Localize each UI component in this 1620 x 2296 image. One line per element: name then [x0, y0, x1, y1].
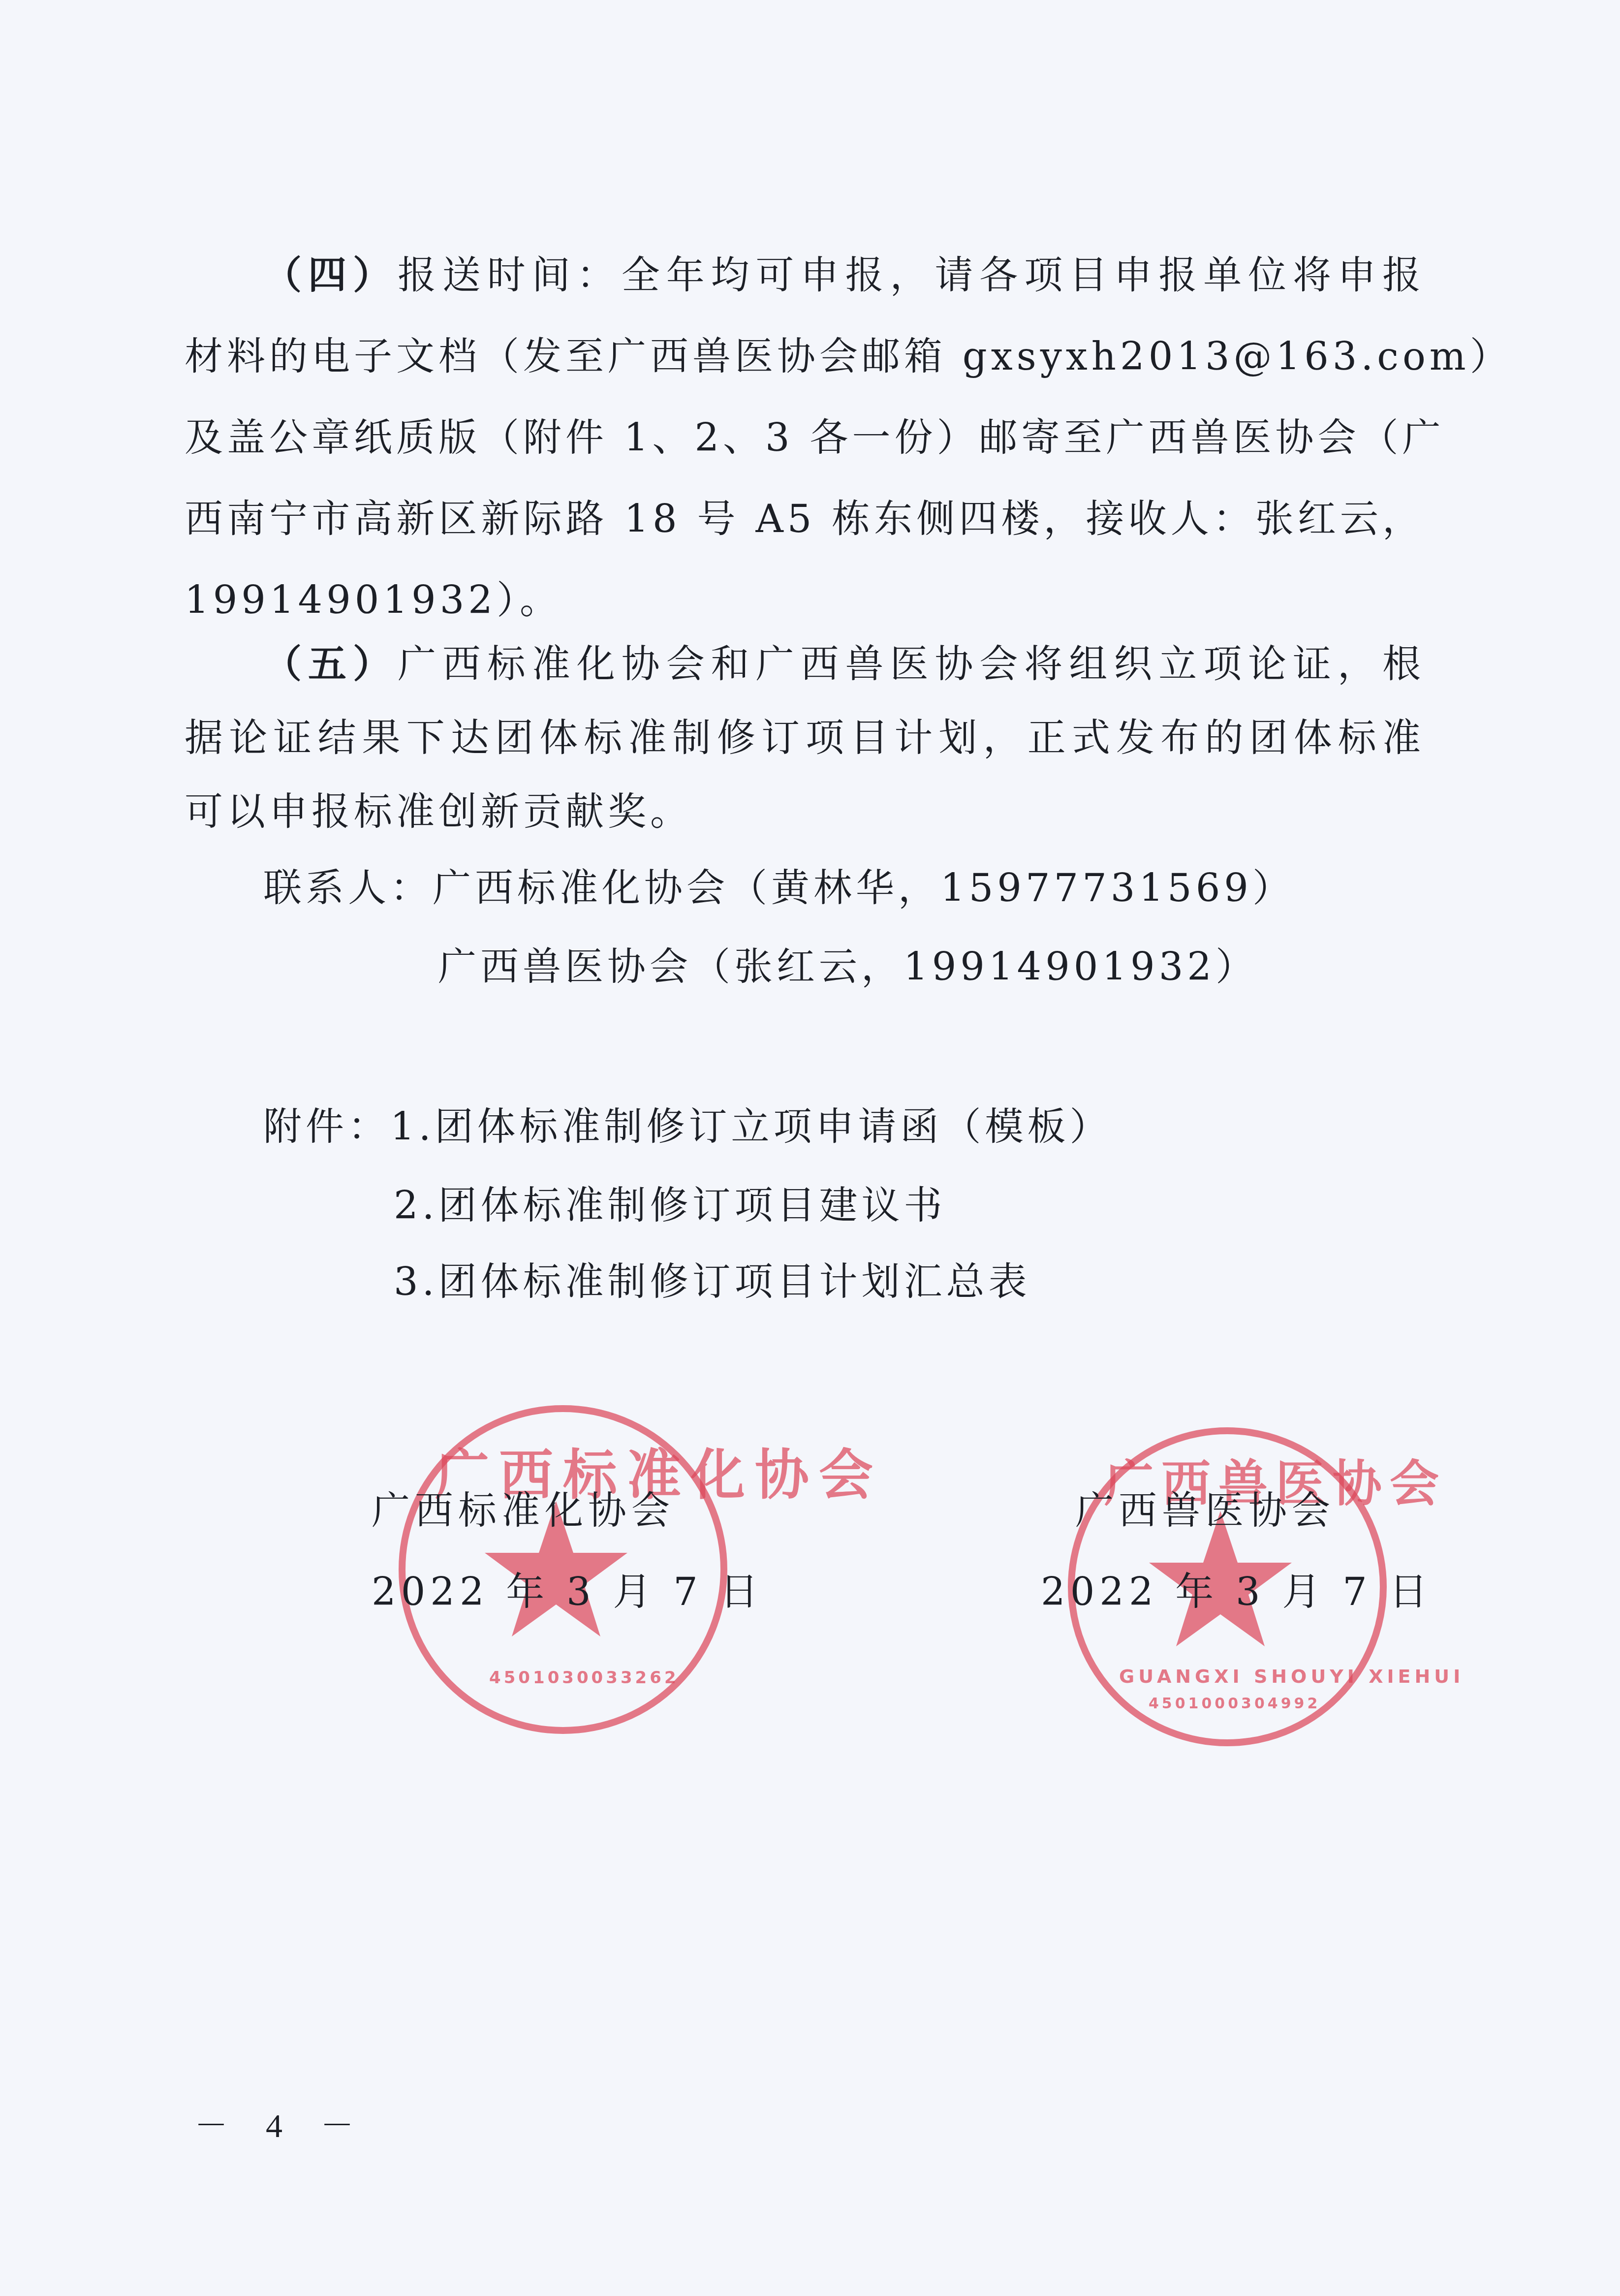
section5-label: （五）	[263, 642, 398, 687]
section5-line-2: 据论证结果下达团体标准制修订项目计划，正式发布的团体标准	[185, 714, 1425, 763]
signature-org-2: 广西兽医协会	[1075, 1486, 1335, 1536]
seal-code: 4501030033262	[489, 1668, 679, 1688]
attachment-item: 3.团体标准制修订项目计划汇总表	[394, 1258, 1620, 1307]
seal-code: 4501000304992	[1149, 1695, 1320, 1712]
section5-line-3: 可以申报标准创新贡献奖。	[185, 787, 1425, 837]
contact-item: 广西标准化协会（黄林华，15977731569）	[433, 866, 1295, 911]
seal-pinyin: GUANGXI SHOUYI XIEHUI	[1119, 1666, 1464, 1687]
section4-line-3: 及盖公章纸质版（附件 1、2、3 各一份）邮寄至广西兽医协会（广	[185, 413, 1425, 463]
section4-text-1: 报送时间：全年均可申报，请各项目申报单位将申报	[398, 253, 1425, 298]
section4-line-5: 19914901932）。	[185, 576, 1425, 625]
section4-line-1: （四）报送时间：全年均可申报，请各项目申报单位将申报	[263, 251, 1425, 300]
contact-line-1: 联系人：广西标准化协会（黄林华，15977731569）	[263, 864, 1425, 913]
page-number: － 4 －	[194, 2099, 369, 2147]
attachment-item: 2.团体标准制修订项目建议书	[394, 1181, 1620, 1230]
signature-org-1: 广西标准化协会	[372, 1486, 675, 1536]
contact-line-2: 广西兽医协会（张红云，19914901932）	[438, 943, 1620, 992]
attachments-label: 附件：	[263, 1105, 390, 1149]
section4-line-2: 材料的电子文档（发至广西兽医协会邮箱 gxsyxh2013@163.com）	[185, 332, 1425, 381]
section5-text-1: 广西标准化协会和广西兽医协会将组织立项论证，根	[398, 642, 1425, 687]
contacts-label: 联系人：	[263, 866, 433, 911]
section4-label: （四）	[263, 253, 398, 298]
attachment-item: 1.团体标准制修订立项申请函（模板）	[390, 1105, 1112, 1149]
attachments-line-1: 附件：1.团体标准制修订立项申请函（模板）	[263, 1102, 1503, 1152]
signature-date-1: 2022 年 3 月 7 日	[372, 1568, 763, 1617]
document-page: （四）报送时间：全年均可申报，请各项目申报单位将申报 材料的电子文档（发至广西兽…	[0, 0, 1620, 2296]
section4-line-4: 西南宁市高新区新际路 18 号 A5 栋东侧四楼，接收人：张红云，	[185, 495, 1425, 544]
section5-line-1: （五）广西标准化协会和广西兽医协会将组织立项论证，根	[263, 640, 1425, 689]
signature-date-2: 2022 年 3 月 7 日	[1041, 1568, 1433, 1617]
